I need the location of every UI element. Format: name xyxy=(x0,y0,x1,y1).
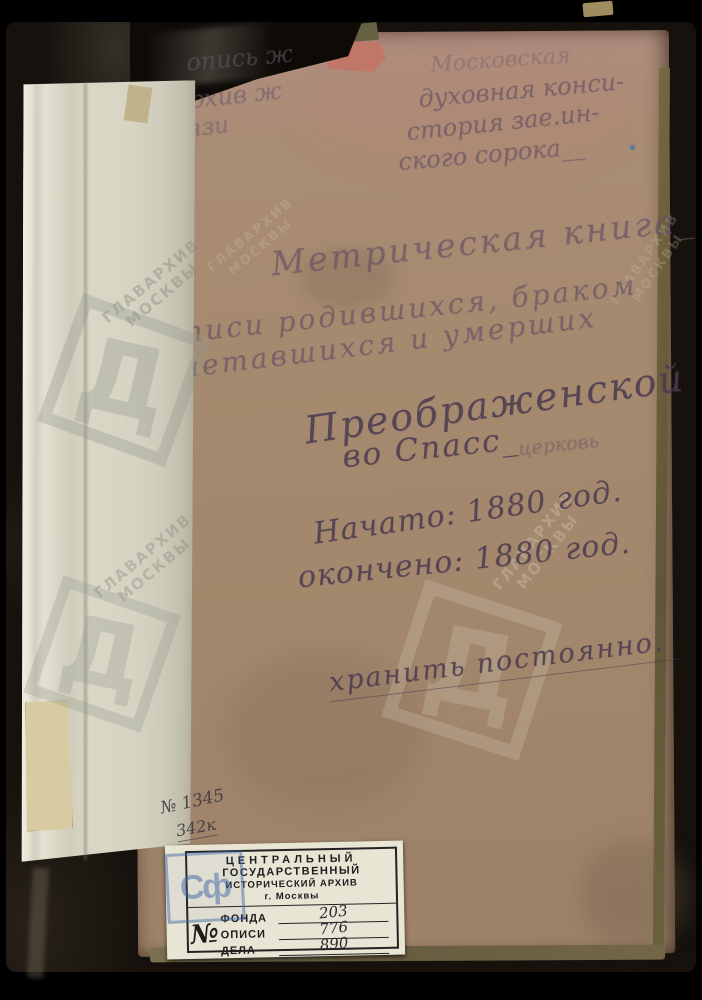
tape-fragment xyxy=(124,85,153,124)
watermark-letter: Д xyxy=(67,313,180,447)
book-cover-photo: ГЛАВАРХИВ МОСКВЫ Д ГЛАВАРХИВ МОСКВЫ ГЛАВ… xyxy=(0,0,702,1000)
watermark-letter: Д xyxy=(51,593,153,715)
delo-value-text: 890 xyxy=(319,935,349,953)
blue-stamp: Сф xyxy=(164,850,246,924)
strip-fold-line xyxy=(84,82,87,860)
cover-stain xyxy=(580,840,690,948)
blue-speck xyxy=(630,145,635,150)
opis-label: ОПИСИ xyxy=(221,928,273,941)
delo-value: 890 xyxy=(279,938,389,956)
delo-label: ДЕЛА xyxy=(221,944,273,957)
tan-fragment xyxy=(582,1,613,18)
blue-stamp-text: Сф xyxy=(179,866,231,908)
delo-row: ДЕЛА 890 xyxy=(221,938,389,958)
tape-patch xyxy=(23,700,75,833)
